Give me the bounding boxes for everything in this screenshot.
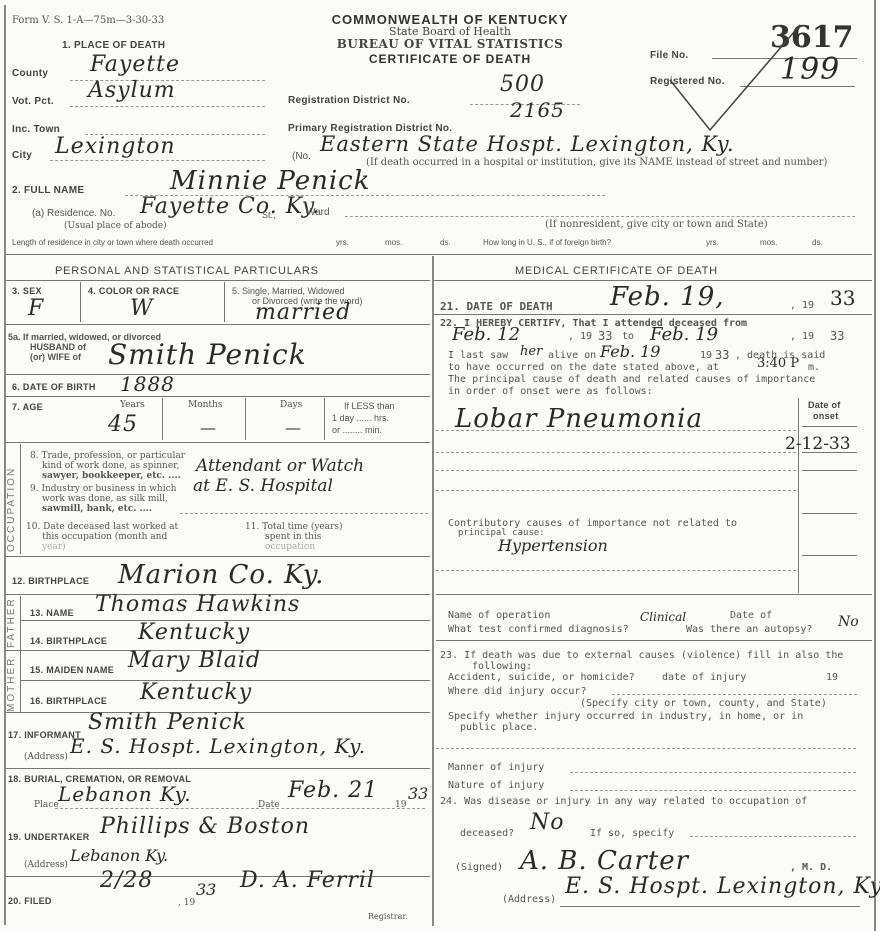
occupation-related-value: No — [530, 810, 565, 835]
informant-address-label: (Address) — [24, 752, 68, 762]
burial-year-value: 33 — [408, 784, 428, 803]
informant-address-value: E. S. Hospt. Lexington, Ky. — [70, 734, 366, 758]
city-value: Lexington — [55, 134, 176, 159]
trade-label-1: 8. Trade, profession, or particular — [30, 451, 185, 461]
less-min-label: or ........ min. — [332, 425, 382, 435]
injury-date-label: date of injury — [662, 672, 746, 683]
filed-year-prefix: , 19 — [178, 898, 195, 908]
race-label: 4. COLOR OR RACE — [88, 286, 179, 296]
us-mos: mos. — [760, 238, 777, 248]
total-time-label-2: spent in this — [265, 532, 321, 542]
vot-pct-value: Asylum — [88, 78, 176, 103]
marital-value: married — [255, 300, 351, 325]
cause-intro-2: in order of onset were as follows: — [448, 386, 653, 397]
father-birthplace-label: 14. BIRTHPLACE — [30, 636, 107, 646]
undertaker-label: 19. UNDERTAKER — [8, 832, 90, 842]
last-saw-year: 33 — [715, 348, 729, 362]
left-border — [4, 5, 6, 925]
institution-prefix: (No. — [292, 152, 311, 162]
burial-date-value: Feb. 21 — [288, 778, 378, 803]
father-name-value: Thomas Hawkins — [95, 592, 300, 617]
county-value: Fayette — [90, 52, 180, 77]
if-so-label: If so, specify — [590, 828, 674, 839]
autopsy-value: No — [838, 614, 859, 630]
manner-label: Manner of injury — [448, 762, 544, 773]
registration-district-label: Registration District No. — [288, 95, 410, 106]
place-of-death-heading: 1. PLACE OF DEATH — [62, 40, 165, 51]
total-time-label-3: occupation — [265, 542, 315, 552]
filed-year-value: 33 — [196, 880, 216, 899]
primary-district-value: 2165 — [510, 98, 565, 122]
time-value: 3:40 P — [757, 356, 799, 371]
inc-town-label: Inc. Town — [12, 124, 60, 135]
full-name-label: 2. FULL NAME — [12, 185, 84, 196]
nonresident-note: (If nonresident, give city or town and S… — [545, 220, 768, 230]
age-years-value: 45 — [108, 412, 138, 437]
foreign-birth-label: How long in U. S., if of foreign birth? — [483, 238, 611, 248]
registration-district-value: 500 — [500, 72, 545, 97]
occupation-related-text: 24. Was disease or injury in any way rel… — [440, 796, 807, 807]
last-worked-label-3: year) — [42, 542, 66, 552]
undertaker-value: Phillips & Boston — [100, 814, 310, 839]
where-label: Where did injury occur? — [448, 686, 586, 697]
header-bureau: BUREAU OF VITAL STATISTICS — [270, 38, 630, 50]
specify-2: public place. — [460, 722, 538, 733]
informant-value: Smith Penick — [88, 710, 247, 735]
spouse-value: Smith Penick — [108, 338, 307, 371]
age-days-value: — — [285, 418, 301, 437]
marital-label-1: 5. Single, Married, Widowed — [232, 286, 345, 296]
contributory-value: Hypertension — [498, 536, 608, 555]
onset-date-value: 2-12-33 — [785, 434, 851, 454]
age-months-value: — — [200, 418, 216, 437]
occurred-text: to have occurred on the date stated abov… — [448, 362, 719, 373]
date-of-onset-label-2: onset — [813, 411, 839, 421]
undertaker-address-value: Lebanon Ky. — [70, 846, 168, 865]
injury-year-prefix: 19 — [826, 672, 838, 683]
institution-value: Eastern State Hospt. Lexington, Ky. — [320, 132, 735, 156]
cause-intro-1: The principal cause of death and related… — [448, 374, 815, 385]
accident-label: Accident, suicide, or homicide? — [448, 672, 635, 683]
medical-section-title: MEDICAL CERTIFICATE OF DEATH — [515, 265, 718, 277]
institution-note: (If death occurred in a hospital or inst… — [366, 158, 827, 168]
address-label: (Address) — [502, 894, 556, 905]
burial-place-value: Lebanon Ky. — [58, 782, 192, 806]
race-value: W — [130, 296, 154, 321]
trade-value: Attendant or Watch — [196, 456, 364, 476]
registrar-label: Registrar. — [368, 912, 408, 922]
last-saw-year-prefix: 19 — [700, 350, 712, 361]
res-ds: ds. — [440, 238, 451, 248]
age-label: 7. AGE — [12, 402, 43, 412]
us-yrs: yrs. — [706, 238, 719, 248]
father-side-label: FATHER — [6, 597, 17, 648]
vot-pct-label: Vot. Pct. — [12, 96, 54, 107]
operation-date-label: Date of — [730, 610, 772, 621]
from-year-value: 33 — [598, 329, 612, 343]
dob-value: 1888 — [120, 372, 175, 396]
signed-value: A. B. Carter — [520, 846, 689, 876]
spouse-label-3: (or) WIFE of — [30, 352, 81, 362]
checkmark-icon — [660, 20, 810, 140]
city-label: City — [12, 150, 32, 161]
father-birthplace-value: Kentucky — [138, 620, 250, 645]
birthplace-label: 12. BIRTHPLACE — [12, 576, 89, 586]
column-divider — [432, 256, 434, 926]
us-ds: ds. — [812, 238, 823, 248]
autopsy-label: Was there an autopsy? — [686, 624, 812, 635]
last-worked-label-1: 10. Date deceased last worked at — [26, 522, 178, 532]
md-label: , M. D. — [790, 862, 832, 873]
registrar-signature: D. A. Ferril — [240, 868, 375, 893]
mother-name-label: 15. MAIDEN NAME — [30, 665, 114, 675]
occupation-side-label: OCCUPATION — [6, 467, 17, 552]
dod-year-prefix: , 19 — [790, 300, 814, 311]
last-saw-date: Feb. 19 — [600, 342, 660, 361]
personal-section-title: PERSONAL AND STATISTICAL PARTICULARS — [55, 265, 319, 277]
mother-side-label: MOTHER — [6, 657, 17, 712]
age-months-label: Months — [188, 400, 222, 410]
external-causes-2: following: — [472, 661, 532, 672]
sex-value: F — [28, 296, 44, 321]
time-suffix: m. — [808, 362, 820, 373]
industry-value: at E. S. Hospital — [193, 476, 333, 496]
deceased-label: deceased? — [460, 828, 514, 839]
operation-label: Name of operation — [448, 610, 550, 621]
last-saw-mid: alive on — [548, 350, 596, 361]
length-of-residence-label: Length of residence in city or town wher… — [12, 238, 213, 248]
header-certificate: CERTIFICATE OF DEATH — [270, 53, 630, 65]
form-id: Form V. S. 1-A—75m—3-30-33 — [12, 16, 164, 26]
attended-from-value: Feb. 12 — [452, 324, 520, 345]
father-name-label: 13. NAME — [30, 608, 74, 618]
less-than-label: If LESS than — [344, 401, 395, 411]
dod-label: 21. DATE OF DEATH — [440, 300, 553, 313]
mother-name-value: Mary Blaid — [128, 648, 261, 673]
to-label: to — [622, 331, 634, 342]
dod-year-value: 33 — [830, 286, 855, 310]
from-year-prefix: , 19 — [568, 331, 592, 342]
specify-1: Specify whether injury occurred in indus… — [448, 711, 803, 722]
dod-value: Feb. 19, — [610, 282, 725, 312]
dob-label: 6. DATE OF BIRTH — [12, 382, 96, 392]
age-years-label: Years — [120, 400, 145, 410]
residence-sublabel: (Usual place of abode) — [64, 221, 167, 231]
spouse-label-2: HUSBAND of — [30, 342, 86, 352]
county-label: County — [12, 68, 48, 79]
filed-label: 20. FILED — [8, 896, 52, 906]
last-saw-prefix: I last saw — [448, 350, 508, 361]
last-saw-pronoun: her — [520, 344, 542, 359]
certificate-header: COMMONWEALTH OF KENTUCKY State Board of … — [270, 14, 630, 65]
less-hrs-label: 1 day ...... hrs. — [332, 413, 389, 423]
res-mos: mos. — [385, 238, 402, 248]
test-label: What test confirmed diagnosis? — [448, 624, 629, 635]
industry-label-1: 9. Industry or business in which — [30, 484, 176, 494]
to-year-value: 33 — [830, 329, 844, 343]
industry-label-2: work was done, as silk mill, — [42, 494, 168, 504]
residence-st-label: St., — [262, 210, 276, 220]
industry-label-3: sawmill, bank, etc. .... — [42, 504, 152, 514]
residence-label: (a) Residence. No. — [32, 209, 115, 219]
test-value: Clinical — [640, 610, 686, 624]
trade-label-2: kind of work done, as spinner, — [42, 461, 179, 471]
to-year-prefix: , 19 — [790, 331, 814, 342]
trade-label-3: sawyer, bookkeeper, etc. .... — [42, 471, 181, 481]
mother-birthplace-value: Kentucky — [140, 680, 252, 705]
sex-label: 3. SEX — [12, 286, 42, 296]
nature-label: Nature of injury — [448, 780, 544, 791]
last-worked-label-2: this occupation (month and — [42, 532, 167, 542]
residence-value: Fayette Co. Ky. — [140, 194, 320, 219]
external-causes-1: 23. If death was due to external causes … — [440, 650, 843, 661]
residence-ward-label: Ward — [306, 208, 330, 218]
signed-label: (Signed) — [455, 862, 503, 873]
where-note: (Specify city or town, county, and State… — [580, 698, 827, 709]
address-value: E. S. Hospt. Lexington, Ky. — [565, 874, 880, 899]
right-border — [874, 0, 876, 931]
birthplace-value: Marion Co. Ky. — [118, 560, 324, 590]
filed-value: 2/28 — [100, 868, 153, 893]
date-of-onset-label-1: Date of — [808, 400, 841, 410]
res-yrs: yrs. — [336, 238, 349, 248]
total-time-label-1: 11. Total time (years) — [245, 522, 343, 532]
age-days-label: Days — [280, 400, 302, 410]
undertaker-address-label: (Address) — [24, 860, 68, 870]
full-name-value: Minnie Penick — [170, 166, 370, 196]
mother-birthplace-label: 16. BIRTHPLACE — [30, 696, 107, 706]
